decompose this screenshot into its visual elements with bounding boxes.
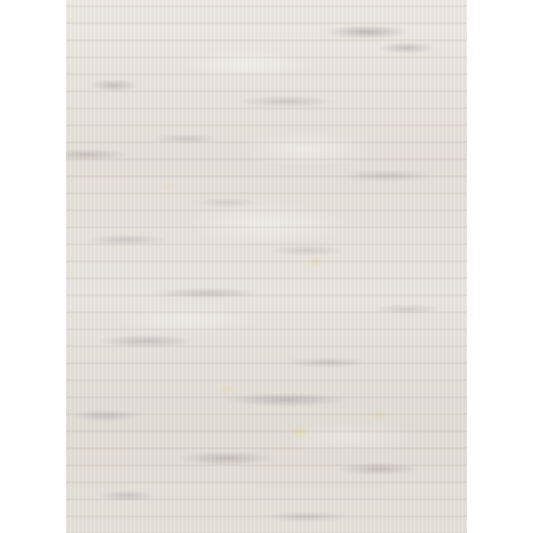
rug-fine-grain <box>66 0 467 533</box>
rug-image <box>66 0 467 533</box>
product-image-canvas <box>0 0 533 533</box>
